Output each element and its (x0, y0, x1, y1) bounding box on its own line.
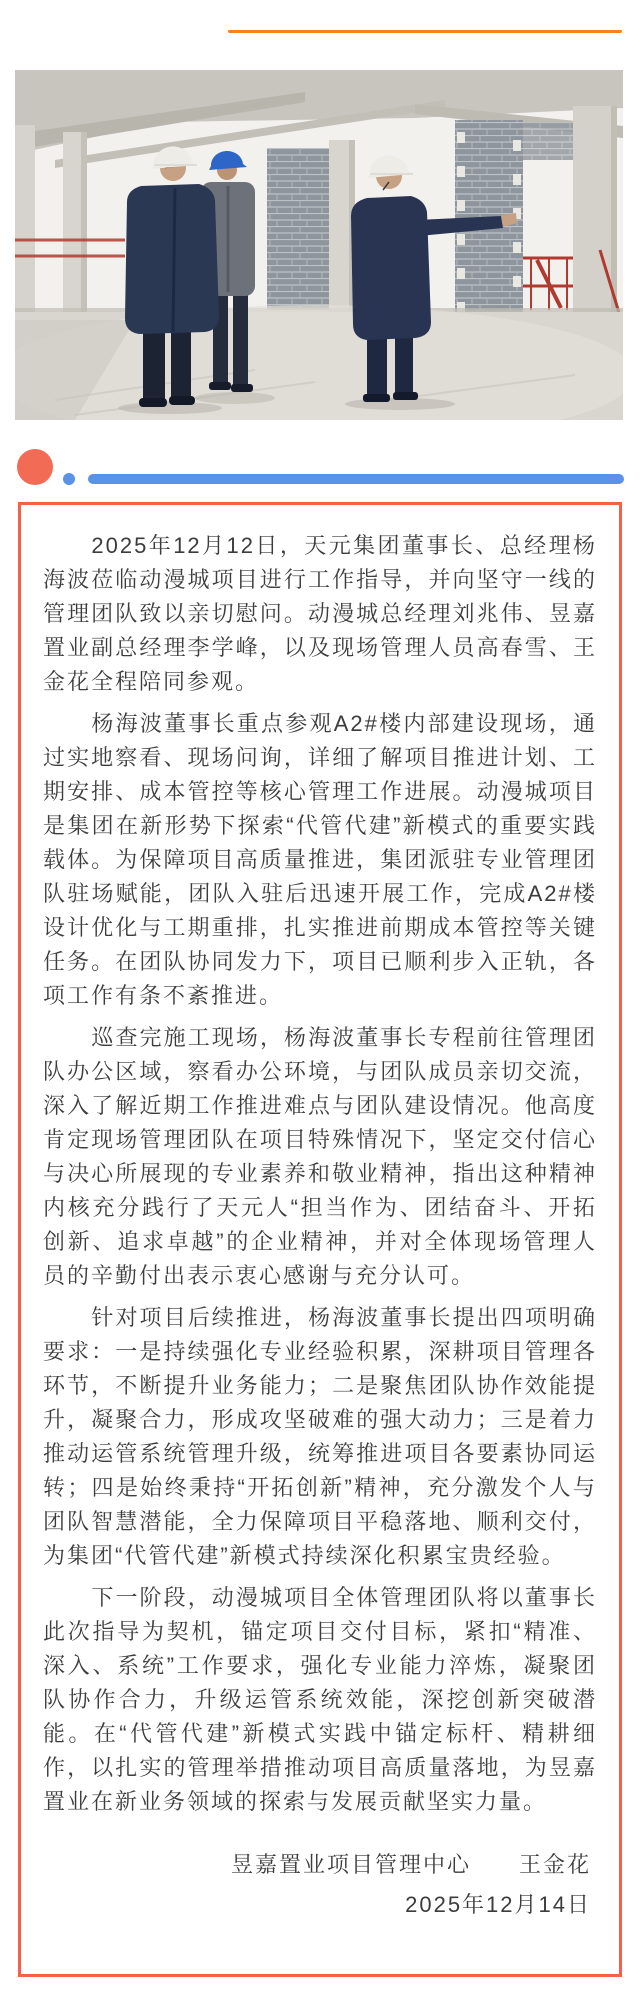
section-divider (17, 448, 640, 487)
floor (15, 305, 623, 420)
paragraph-5: 下一阶段，动漫城项目全体管理团队将以董事长此次指导为契机，锚定项目交付目标，紧扣… (43, 1581, 597, 1819)
signature-block: 昱嘉置业项目管理中心 王金花 2025年12月14日 (43, 1845, 597, 1925)
top-accent-line (228, 30, 622, 33)
signature: 昱嘉置业项目管理中心 王金花 (43, 1845, 597, 1885)
divider-bar (88, 474, 624, 484)
paragraph-3: 巡查完施工现场，杨海波董事长专程前往管理团队办公区域，察看办公环境，与团队成员亲… (43, 1021, 597, 1293)
paragraph-4: 针对项目后续推进，杨海波董事长提出四项明确要求：一是持续强化专业经验积累，深耕项… (43, 1301, 597, 1573)
article-box: 2025年12月12日，天元集团董事长、总经理杨海波莅临动漫城项目进行工作指导，… (18, 502, 622, 1977)
site-photo-illustration (15, 70, 623, 420)
paragraph-1: 2025年12月12日，天元集团董事长、总经理杨海波莅临动漫城项目进行工作指导，… (43, 529, 597, 699)
divider-big-dot-icon (17, 449, 53, 485)
date: 2025年12月14日 (43, 1885, 597, 1925)
divider-small-dot-icon (63, 473, 75, 485)
paragraph-2: 杨海波董事长重点参观A2#楼内部建设现场，通过实地察看、现场问询，详细了解项目推… (43, 707, 597, 1013)
site-photo (15, 70, 623, 420)
